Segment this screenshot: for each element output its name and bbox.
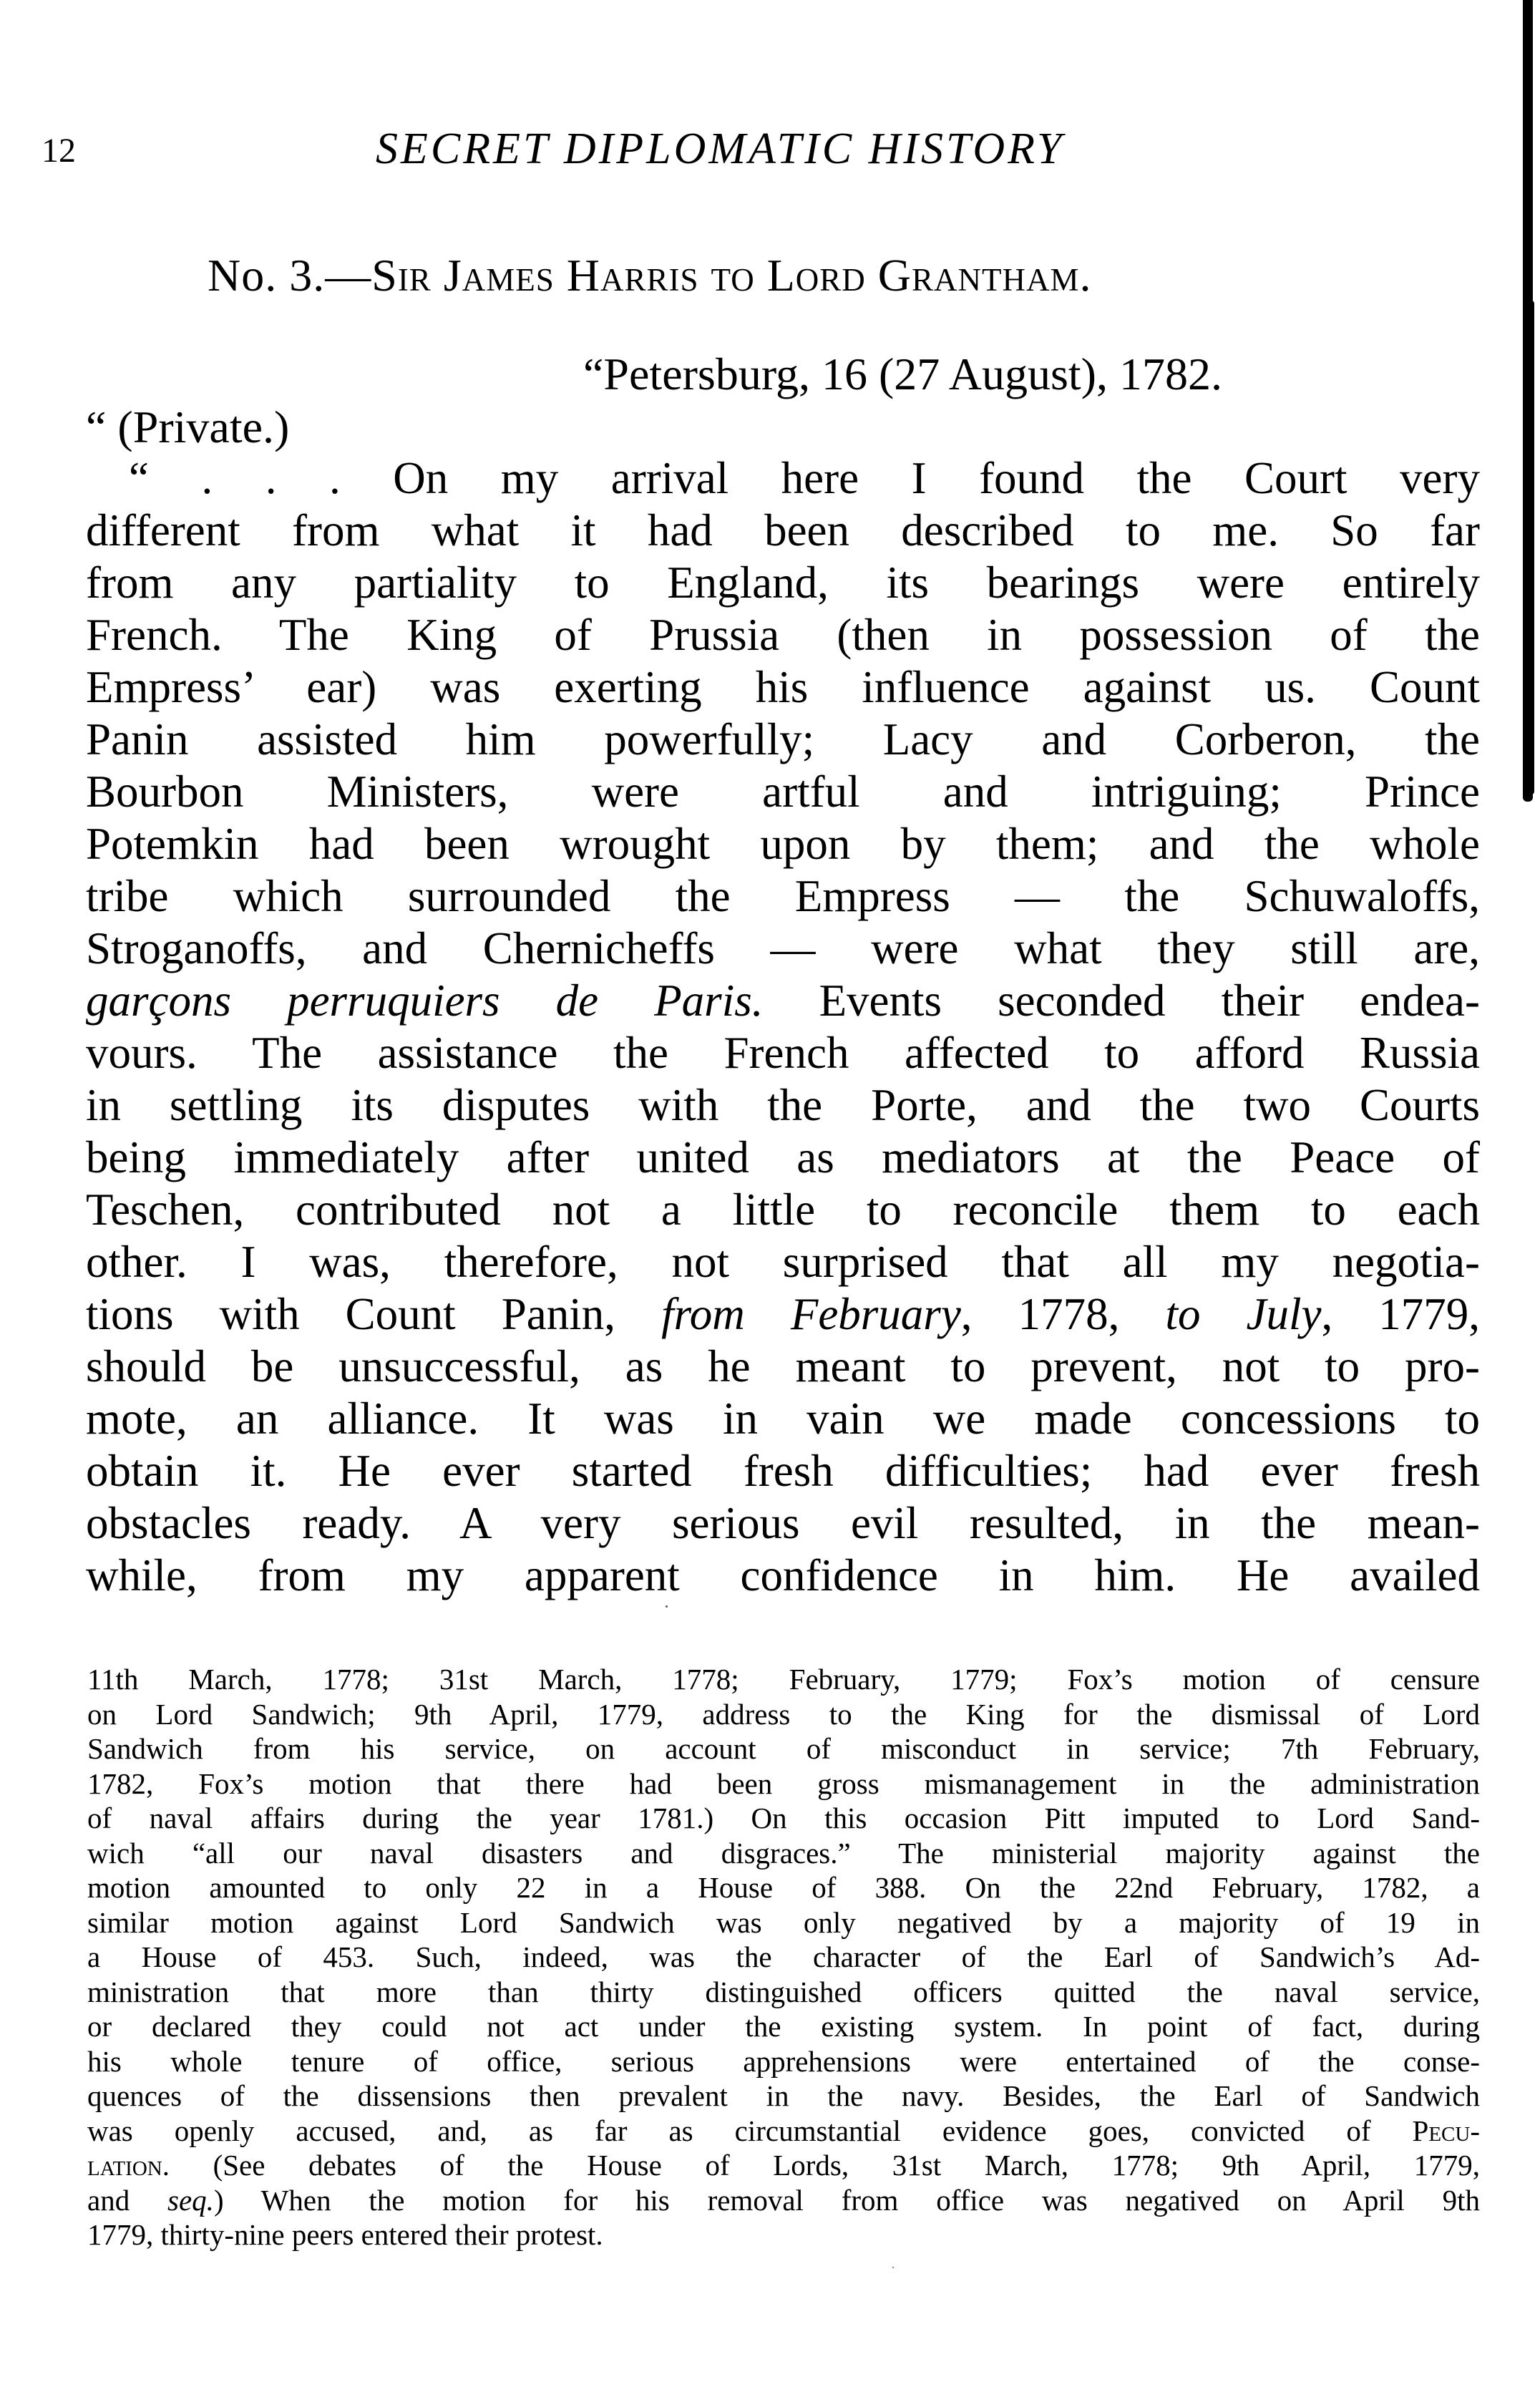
body-line: French. The King of Prussia (then in pos… <box>86 609 1480 661</box>
body-line: being immediately after united as mediat… <box>86 1132 1480 1184</box>
italic-phrase: garçons perruquiers de Paris. <box>86 976 763 1026</box>
body-line: Potemkin had been wrought upon by them; … <box>86 818 1480 870</box>
footnote-line: lation. (See debates of the House of Lor… <box>87 2148 1480 2183</box>
footnote-line: ministration that more than thirty disti… <box>87 1975 1480 2010</box>
footnote-line: on Lord Sandwich; 9th April, 1779, addre… <box>87 1697 1480 1732</box>
footnote-line: of naval affairs during the year 1781.) … <box>87 1801 1480 1836</box>
page-number: 12 <box>42 134 76 168</box>
footnote-line: motion amounted to only 22 in a House of… <box>87 1870 1480 1905</box>
body-line: in settling its disputes with the Porte,… <box>86 1079 1480 1132</box>
footnote-line: 1782, Fox’s motion that there had been g… <box>87 1766 1480 1802</box>
letter-sender: Sir James Harris <box>371 250 698 301</box>
smallcaps-word: Pecu- <box>1413 2114 1480 2147</box>
italic-phrase: to July <box>1165 1289 1321 1339</box>
footnote-line: quences of the dissensions then prevalen… <box>87 2079 1480 2114</box>
italic-phrase: seq. <box>167 2184 214 2217</box>
body-line: tribe which surrounded the Empress — the… <box>86 870 1480 923</box>
heading-dash: — <box>325 250 371 301</box>
body-line: Panin assisted him powerfully; Lacy and … <box>86 714 1480 766</box>
body-line: from any partiality to England, its bear… <box>86 557 1480 609</box>
body-line: tions with Count Panin, from February, 1… <box>86 1288 1480 1341</box>
running-head: 12 SECRET DIPLOMATIC HISTORY <box>0 118 1540 175</box>
footnote-line: wich “all our naval disasters and disgra… <box>87 1836 1480 1871</box>
book-page: 12 SECRET DIPLOMATIC HISTORY No. 3.—Sir … <box>0 0 1540 2387</box>
body-line: garçons perruquiers de Paris. Events sec… <box>86 975 1480 1027</box>
footnote-line: or declared they could not act under the… <box>87 2009 1480 2044</box>
body-line: “ . . . On my arrival here I found the C… <box>86 452 1480 505</box>
scan-speck <box>666 1605 668 1608</box>
footnote-line: his whole tenure of office, serious appr… <box>87 2044 1480 2079</box>
dateline: “Petersburg, 16 (27 August), 1782. <box>583 349 1222 399</box>
footnote-line: 11th March, 1778; 31st March, 1778; Febr… <box>87 1662 1480 1697</box>
body-line: obstacles ready. A very serious evil res… <box>86 1497 1480 1550</box>
body-line: Bourbon Ministers, were artful and intri… <box>86 766 1480 818</box>
body-line: Stroganoffs, and Chernicheffs — were wha… <box>86 923 1480 975</box>
footnote-line: a House of 453. Such, indeed, was the ch… <box>87 1940 1480 1975</box>
footnote-line: was openly accused, and, as far as circu… <box>87 2114 1480 2149</box>
scan-speck <box>892 2267 894 2268</box>
heading-to: to <box>711 250 755 301</box>
letter-heading: No. 3.—Sir James Harris to Lord Grantham… <box>208 251 1092 301</box>
private-note: “ (Private.) <box>86 402 289 452</box>
body-line: vours. The assistance the French affecte… <box>86 1027 1480 1079</box>
body-line: obtain it. He ever started fresh difficu… <box>86 1445 1480 1497</box>
body-line: should be unsuccessful, as he meant to p… <box>86 1341 1480 1393</box>
letter-number: No. 3. <box>208 250 325 301</box>
italic-phrase: from February <box>661 1289 961 1339</box>
letter-body: “ . . . On my arrival here I found the C… <box>86 452 1480 1602</box>
body-line: while, from my apparent confidence in hi… <box>86 1550 1480 1602</box>
body-line: Teschen, contributed not a little to rec… <box>86 1184 1480 1236</box>
footnote-line: and seq.) When the motion for his remova… <box>87 2183 1480 2218</box>
footnote: 11th March, 1778; 31st March, 1778; Febr… <box>87 1662 1480 2252</box>
scan-edge-shadow-lower <box>1529 301 1534 794</box>
body-line: mote, an alliance. It was in vain we mad… <box>86 1393 1480 1445</box>
smallcaps-word: lation. <box>87 2149 170 2182</box>
body-line: different from what it had been describe… <box>86 505 1480 557</box>
footnote-line: similar motion against Lord Sandwich was… <box>87 1905 1480 1940</box>
footnote-line: 1779, thirty-nine peers entered their pr… <box>87 2217 1480 2252</box>
body-line: other. I was, therefore, not surprised t… <box>86 1236 1480 1288</box>
running-head-title: SECRET DIPLOMATIC HISTORY <box>376 127 1064 171</box>
letter-recipient: Lord Grantham. <box>767 250 1092 301</box>
body-line: Empress’ ear) was exerting his influence… <box>86 661 1480 714</box>
footnote-line: Sandwich from his service, on account of… <box>87 1731 1480 1766</box>
